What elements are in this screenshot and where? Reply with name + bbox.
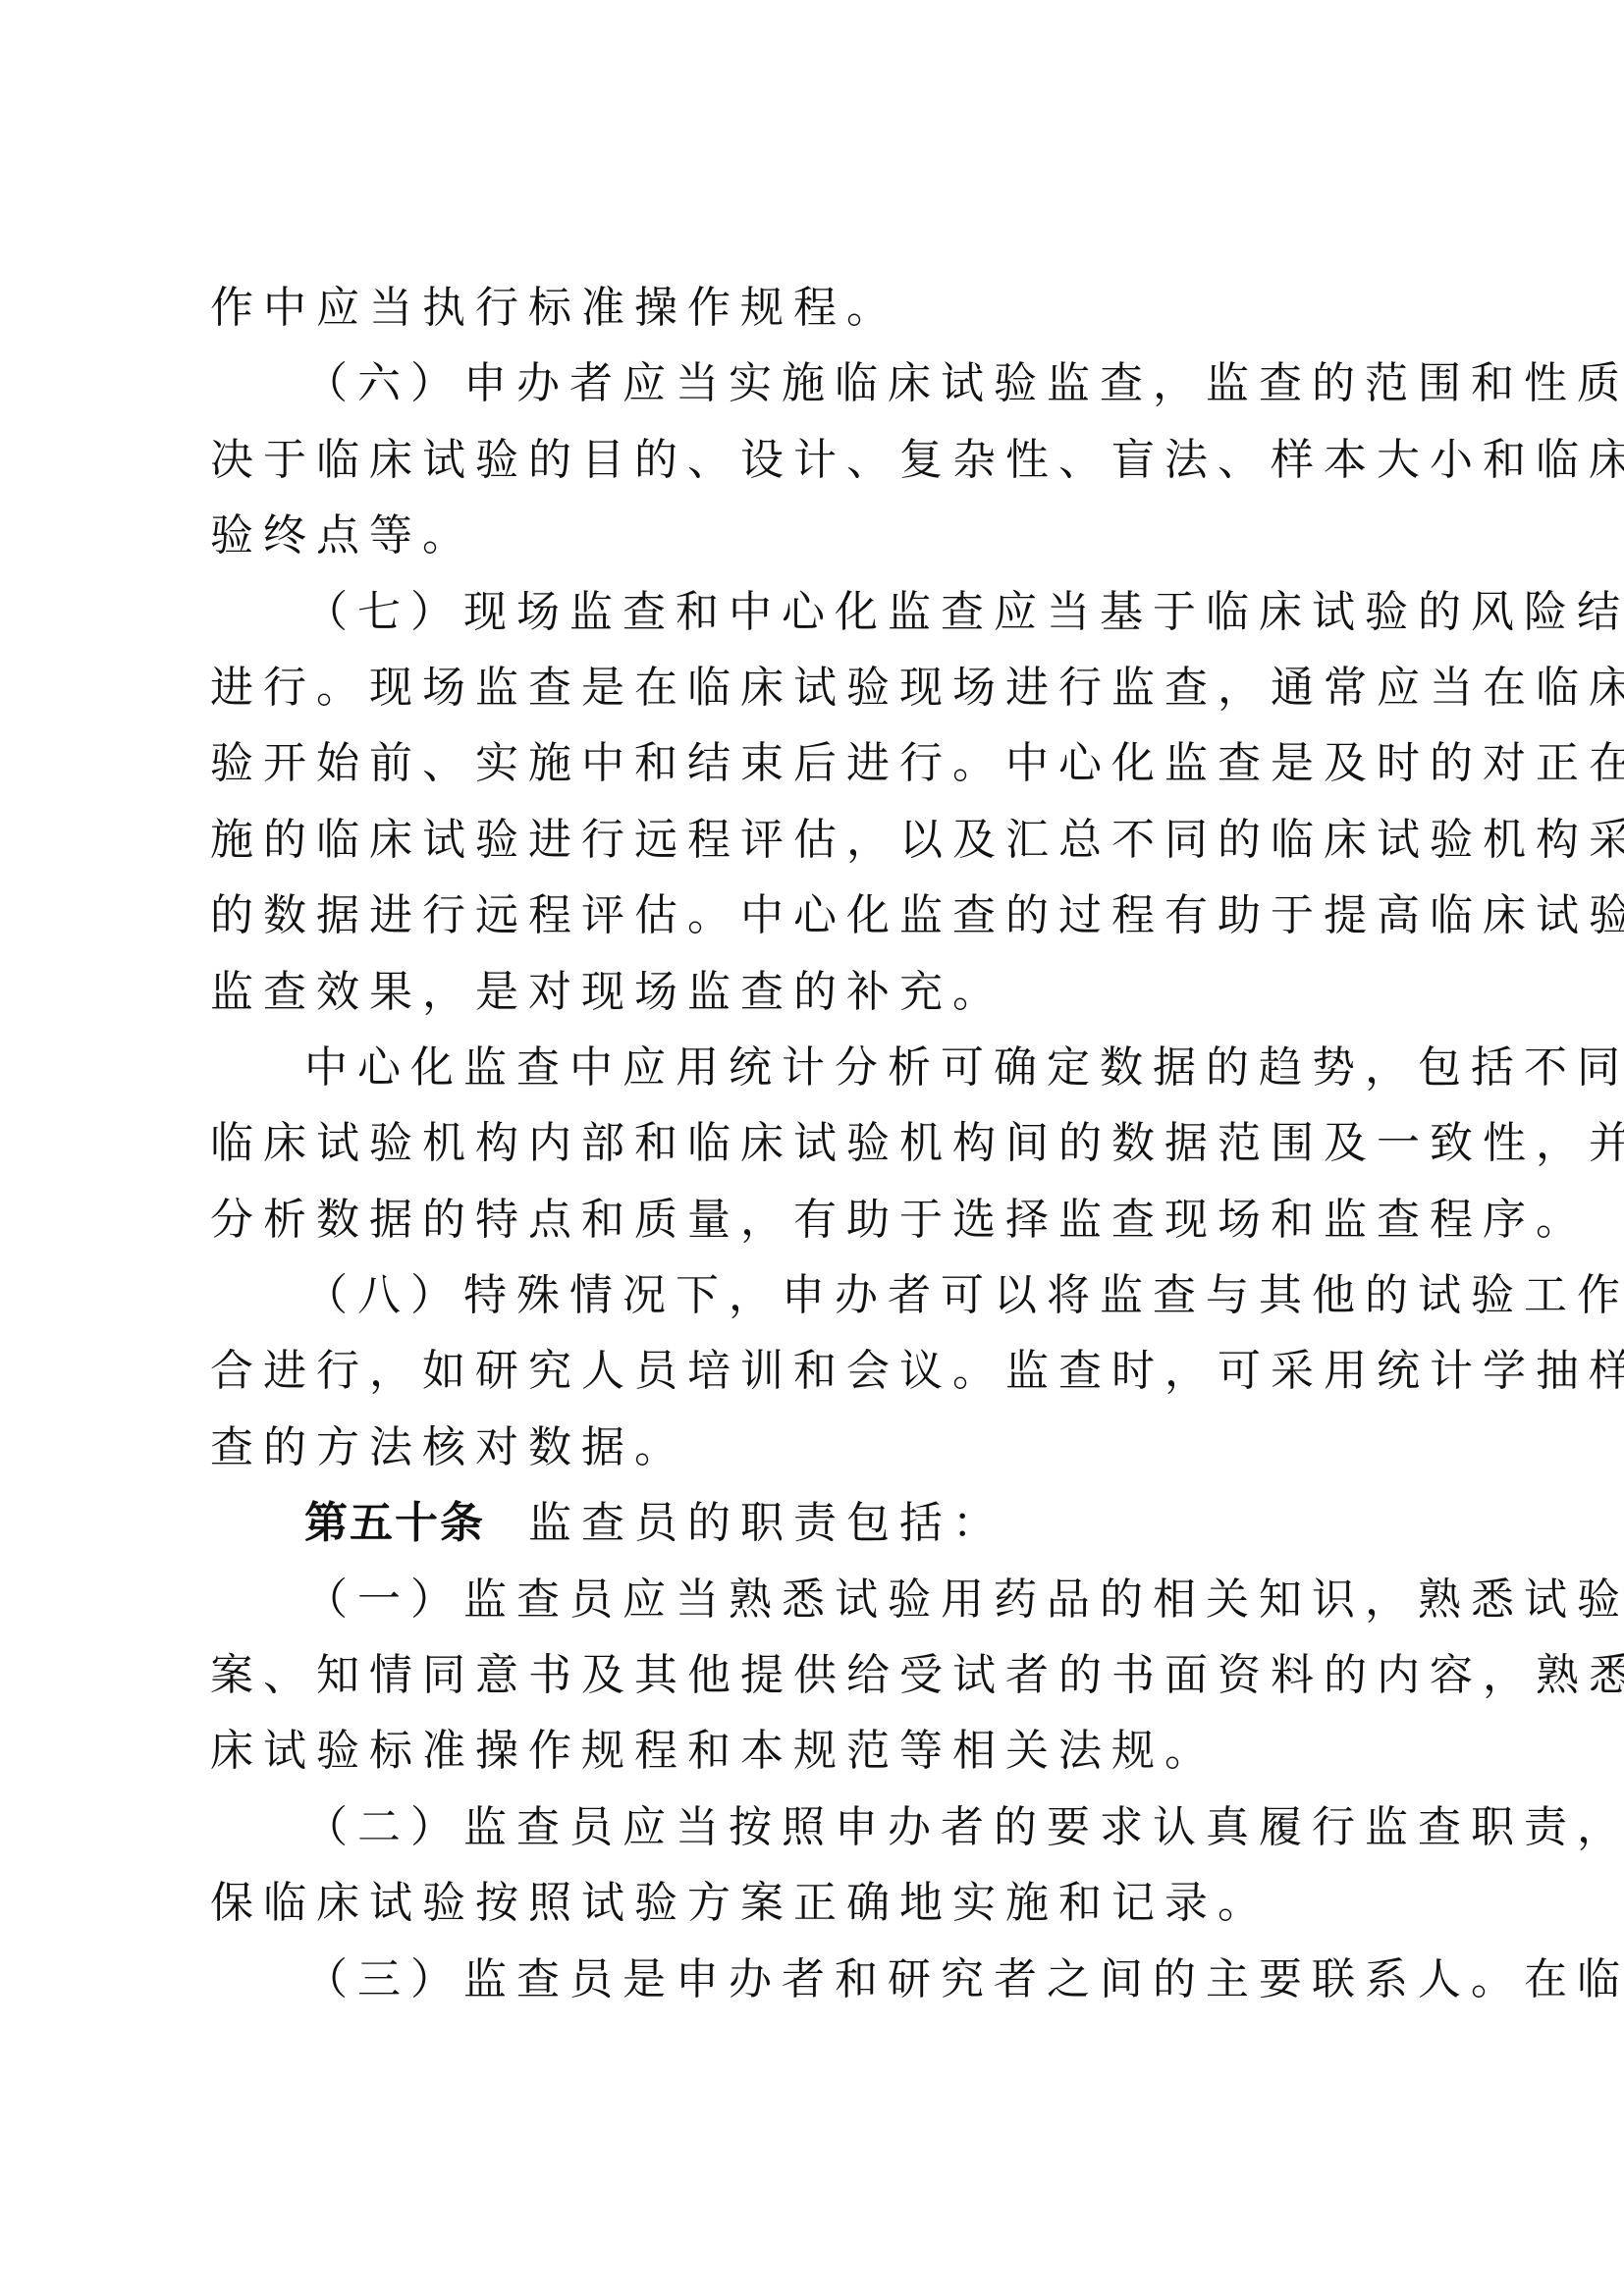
- text-line: 进行。现场监查是在临床试验现场进行监查，通常应当在临床试: [210, 658, 1418, 733]
- paragraph-6-start: （六）申办者应当实施临床试验监查，监查的范围和性质取: [210, 353, 1418, 429]
- text-line: 决于临床试验的目的、设计、复杂性、盲法、样本大小和临床试: [210, 430, 1418, 506]
- article-title: 监查员的职责包括：: [528, 1498, 1005, 1548]
- article-50-heading-line: 第五十条监查员的职责包括：: [210, 1493, 1418, 1569]
- text-line: 验终点等。: [210, 506, 1418, 581]
- text-line: 案、知情同意书及其他提供给受试者的书面资料的内容，熟悉临: [210, 1645, 1418, 1721]
- text-line: 分析数据的特点和质量，有助于选择监查现场和监查程序。: [210, 1190, 1418, 1265]
- text-line: 的数据进行远程评估。中心化监查的过程有助于提高临床试验的: [210, 885, 1418, 961]
- paragraph-1-start: （一）监查员应当熟悉试验用药品的相关知识，熟悉试验方: [210, 1570, 1418, 1645]
- paragraph-3-start: （三）监查员是申办者和研究者之间的主要联系人。在临床: [210, 1949, 1418, 2025]
- paragraph-8-start: （八）特殊情况下，申办者可以将监查与其他的试验工作结: [210, 1265, 1418, 1341]
- text-line: 施的临床试验进行远程评估，以及汇总不同的临床试验机构采集: [210, 810, 1418, 885]
- paragraph-2-start: （二）监查员应当按照申办者的要求认真履行监查职责，确: [210, 1797, 1418, 1873]
- document-page: 作中应当执行标准操作规程。 （六）申办者应当实施临床试验监查，监查的范围和性质取…: [0, 0, 1624, 2296]
- text-line: 合进行，如研究人员培训和会议。监查时，可采用统计学抽样调: [210, 1341, 1418, 1416]
- document-body: 作中应当执行标准操作规程。 （六）申办者应当实施临床试验监查，监查的范围和性质取…: [210, 278, 1418, 2025]
- paragraph-7-start: （七）现场监查和中心化监查应当基于临床试验的风险结合: [210, 582, 1418, 658]
- text-line: 验开始前、实施中和结束后进行。中心化监查是及时的对正在实: [210, 733, 1418, 809]
- text-line: 保临床试验按照试验方案正确地实施和记录。: [210, 1873, 1418, 1949]
- text-line: 床试验标准操作规程和本规范等相关法规。: [210, 1721, 1418, 1796]
- text-line: 临床试验机构内部和临床试验机构间的数据范围及一致性，并能: [210, 1113, 1418, 1189]
- paragraph-central-monitoring-start: 中心化监查中应用统计分析可确定数据的趋势，包括不同的: [210, 1038, 1418, 1113]
- text-line: 作中应当执行标准操作规程。: [210, 278, 1418, 353]
- text-line: 监查效果，是对现场监查的补充。: [210, 962, 1418, 1038]
- text-line: 查的方法核对数据。: [210, 1417, 1418, 1493]
- article-number: 第五十条: [304, 1498, 485, 1548]
